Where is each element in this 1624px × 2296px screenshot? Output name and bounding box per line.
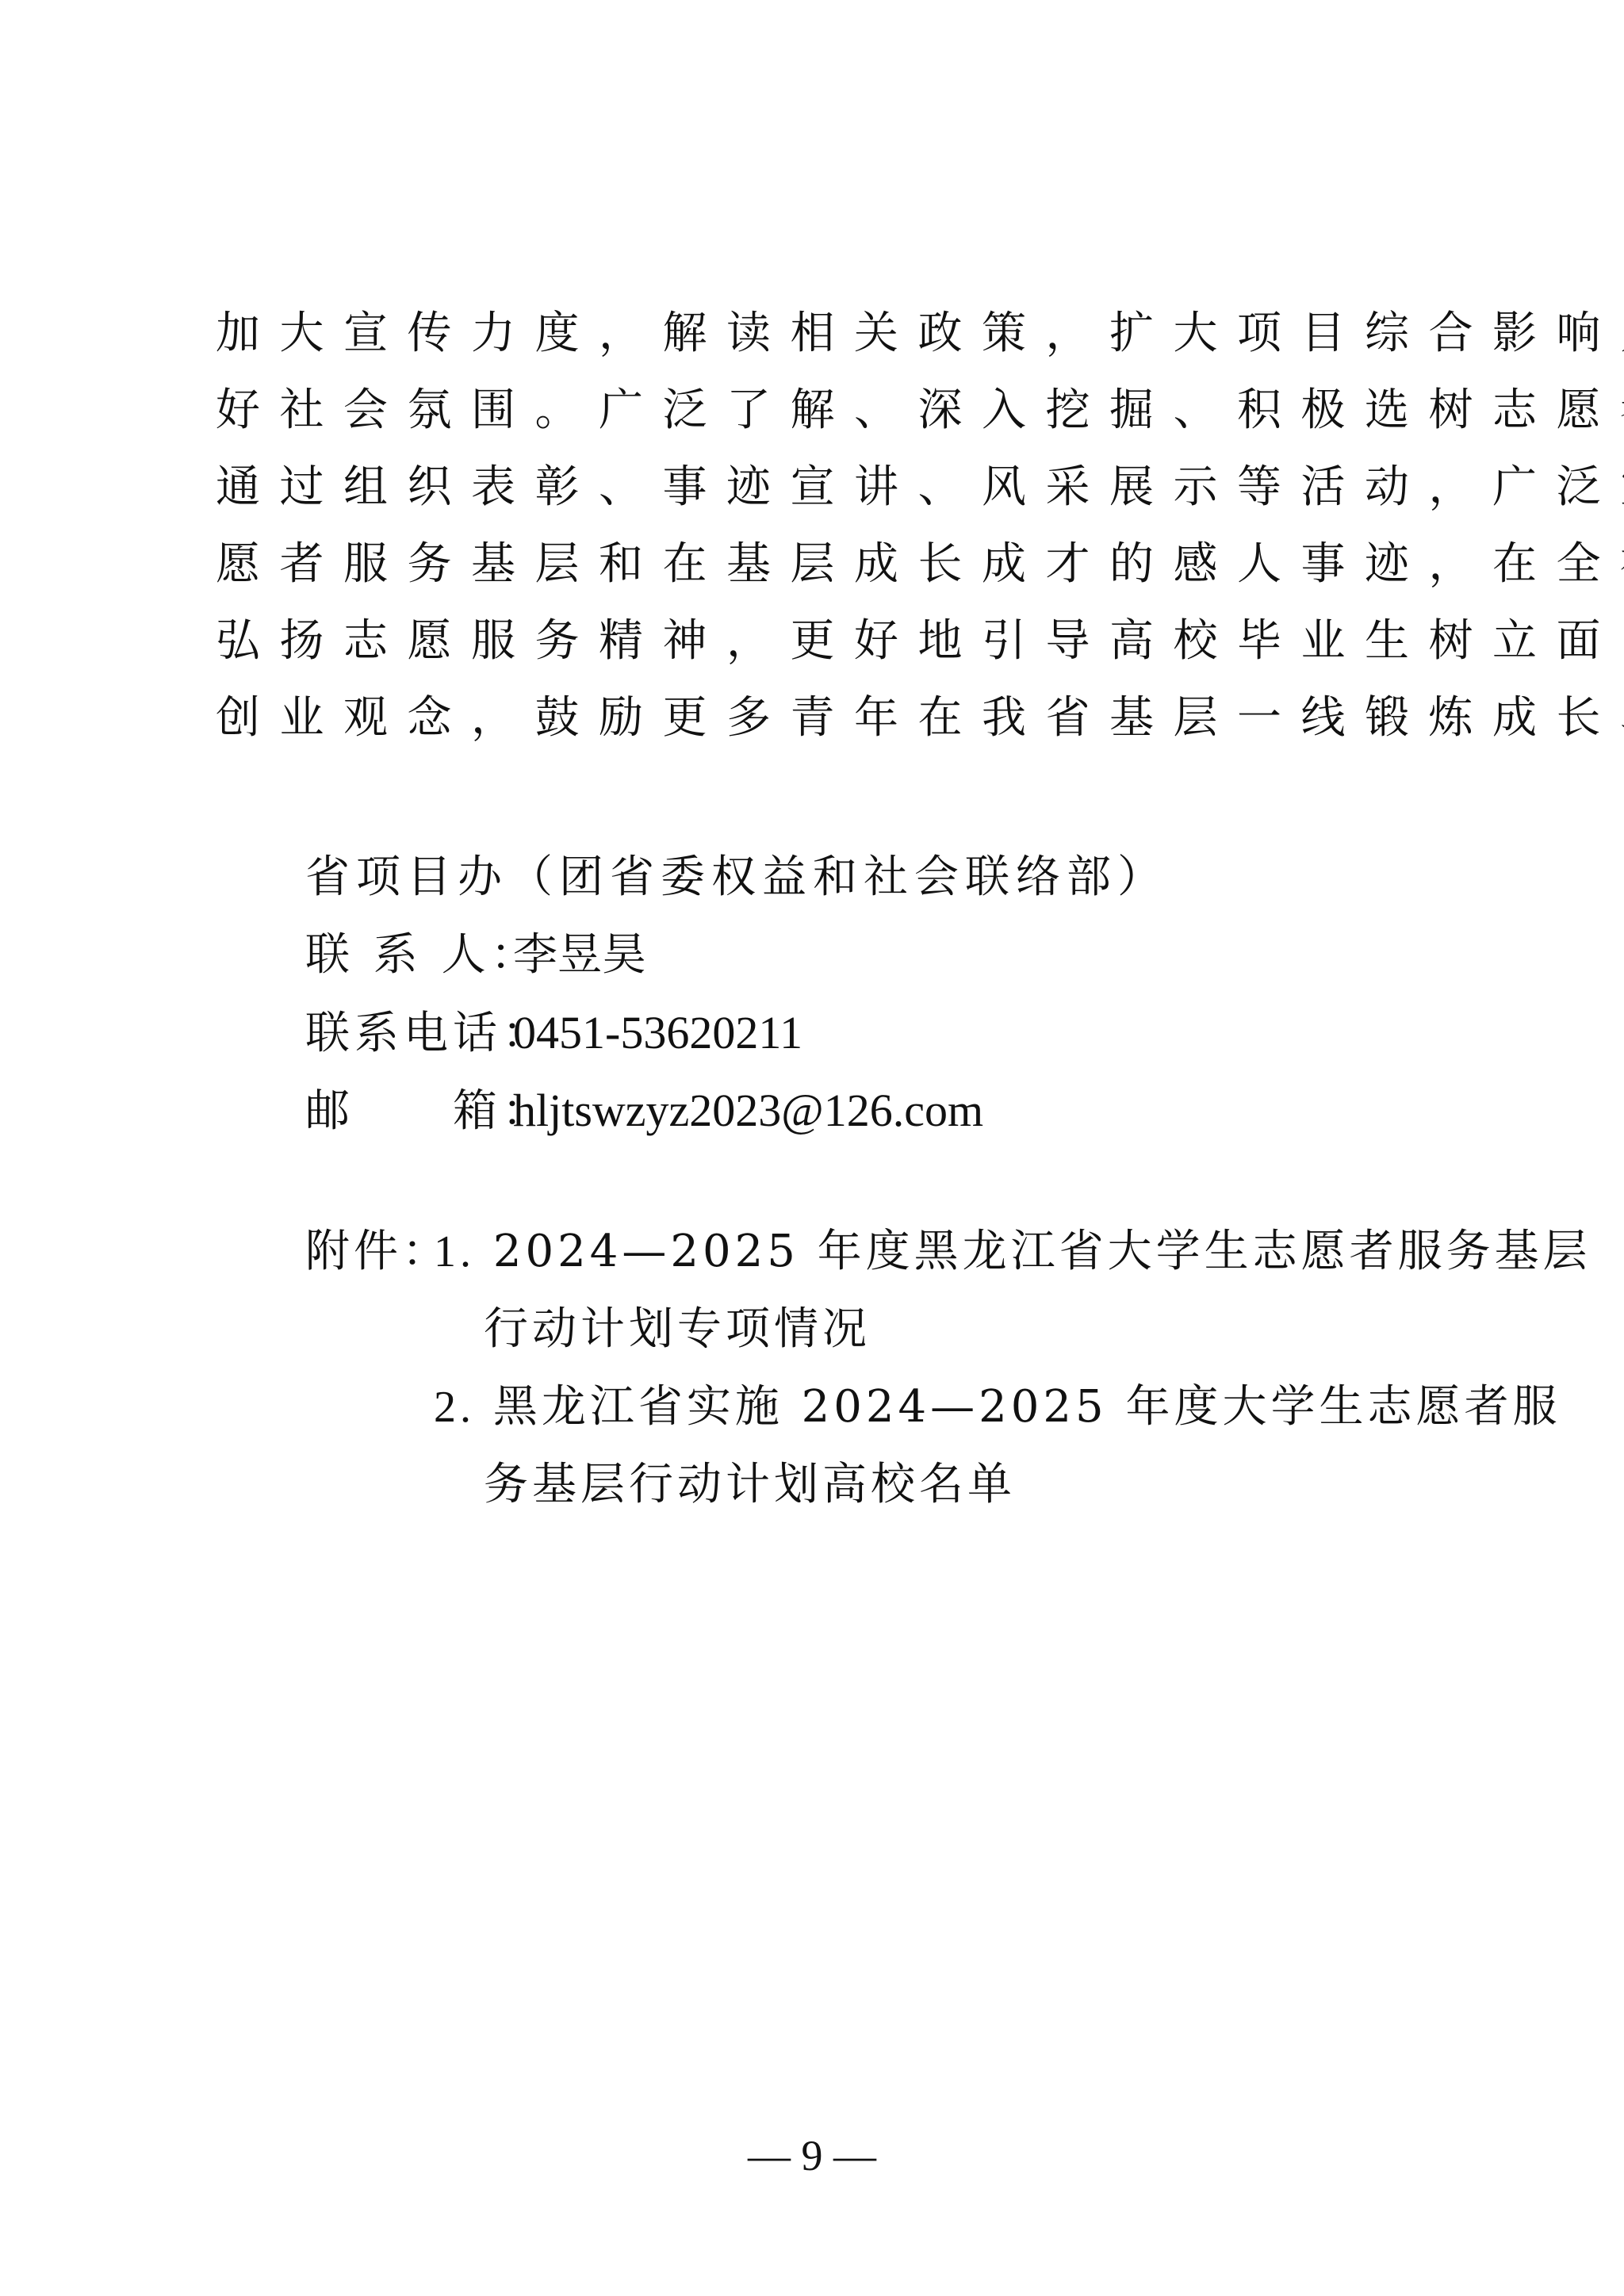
attachment-item-2: 2. 黑龙江省实施 2024—2025 年度大学生志愿者服 (305, 1368, 1431, 1446)
contact-phone-label: 联系电话： (305, 995, 513, 1073)
paragraph-line: 好社会氛围。广泛了解、深入挖掘、积极选树志愿者优秀典型， (216, 372, 1413, 449)
contact-block: 省项目办（团省委权益和社会联络部） 联 系 人：李昱昊 联系电话：0451-53… (305, 839, 1415, 1150)
attachment-number: 2. (434, 1383, 475, 1432)
attachments-block: 附件：1. 2024—2025 年度黑龙江省大学生志愿者服务基层 行动计划专项情… (305, 1213, 1431, 1524)
document-page: 加大宣传力度，解读相关政策，扩大项目综合影响力，营造良 好社会氛围。广泛了解、深… (0, 0, 1624, 2296)
attachment-item-1: 附件：1. 2024—2025 年度黑龙江省大学生志愿者服务基层 (305, 1213, 1431, 1291)
contact-email-value: hljtswzyz2023@126.com (513, 1085, 983, 1136)
paragraph-line: 创业观念，鼓励更多青年在我省基层一线锻炼成长、建功立业。 (216, 679, 1413, 756)
contact-person-row: 联 系 人：李昱昊 (305, 916, 1415, 994)
paragraph-line: 通过组织表彰、事迹宣讲、风采展示等活动，广泛宣传优秀志 (216, 449, 1413, 526)
page-number: — 9 — (0, 2131, 1624, 2180)
contact-person-label: 联 系 人： (305, 916, 513, 994)
attachment-title-line1: 黑龙江省实施 2024—2025 年度大学生志愿者服 (493, 1381, 1561, 1433)
contact-email-label: 邮 箱： (305, 1073, 513, 1150)
attachment-title-line2: 行动计划专项情况 (305, 1291, 1431, 1368)
paragraph-line: 加大宣传力度，解读相关政策，扩大项目综合影响力，营造良 (216, 295, 1413, 372)
attachment-title-line1: 2024—2025 年度黑龙江省大学生志愿者服务基层 (493, 1226, 1591, 1277)
paragraph-line: 愿者服务基层和在基层成长成才的感人事迹，在全社会进一步 (216, 526, 1413, 603)
attachment-number: 1. (434, 1227, 475, 1276)
body-paragraph: 加大宣传力度，解读相关政策，扩大项目综合影响力，营造良 好社会氛围。广泛了解、深… (216, 295, 1413, 756)
paragraph-line: 弘扬志愿服务精神，更好地引导高校毕业生树立面向基层就业 (216, 603, 1413, 679)
contact-phone-row: 联系电话：0451-53620211 (305, 994, 1415, 1072)
contact-email-row: 邮 箱：hljtswzyz2023@126.com (305, 1072, 1415, 1150)
contact-phone-value: 0451-53620211 (513, 1007, 802, 1058)
attachments-label: 附件： (305, 1213, 434, 1291)
office-name: 省项目办（团省委权益和社会联络部） (305, 839, 1415, 916)
contact-person-value: 李昱昊 (513, 929, 646, 981)
attachment-title-line2: 务基层行动计划高校名单 (305, 1446, 1431, 1524)
